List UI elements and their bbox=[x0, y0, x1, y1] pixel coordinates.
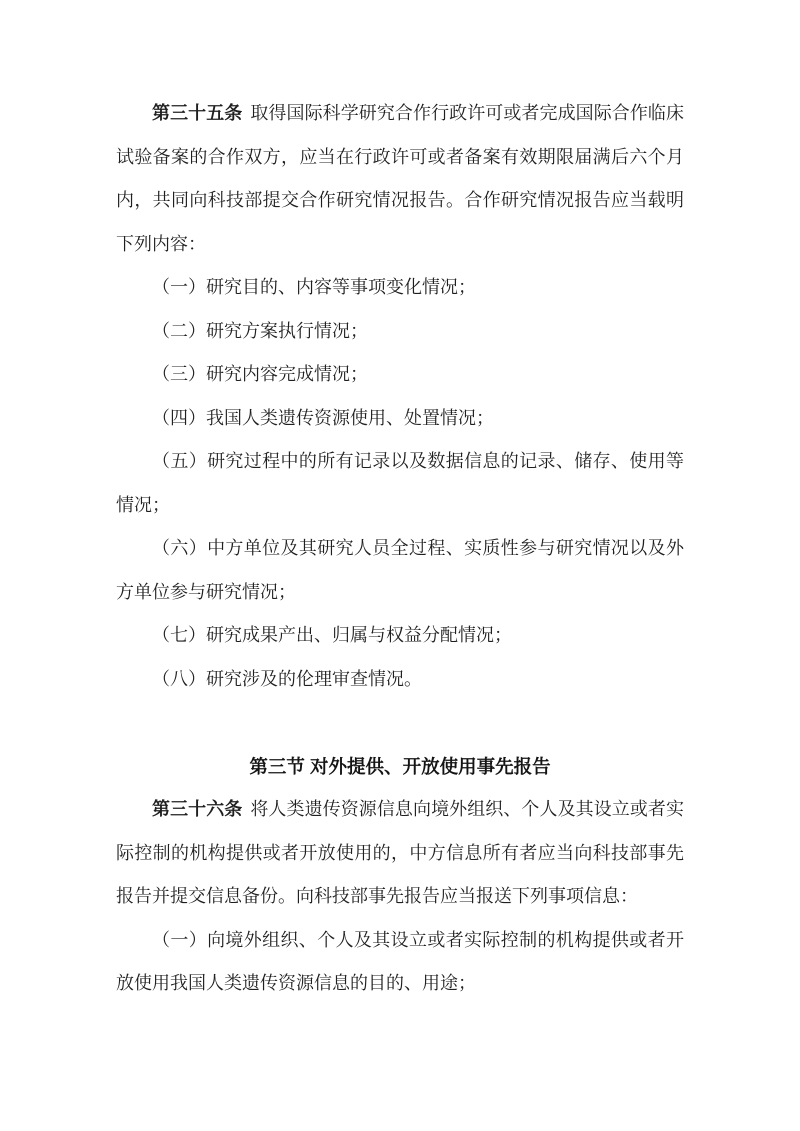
article-35-item-5: （五）研究过程中的所有记录以及数据信息的记录、储存、使用等情况； bbox=[116, 440, 684, 527]
section-3-heading: 第三节 对外提供、开放使用事先报告 bbox=[116, 745, 684, 789]
document-page: 第三十五条取得国际科学研究合作行政许可或者完成国际合作临床试验备案的合作双方，应… bbox=[0, 0, 800, 1131]
article-36-number: 第三十六条 bbox=[152, 799, 242, 819]
article-35-paragraph: 第三十五条取得国际科学研究合作行政许可或者完成国际合作临床试验备案的合作双方，应… bbox=[116, 92, 684, 266]
blank-line bbox=[116, 701, 684, 745]
article-35-item-4: （四）我国人类遗传资源使用、处置情况； bbox=[116, 397, 684, 441]
article-35-body: 取得国际科学研究合作行政许可或者完成国际合作临床试验备案的合作双方，应当在行政许… bbox=[116, 103, 684, 254]
article-35-item-7: （七）研究成果产出、归属与权益分配情况； bbox=[116, 614, 684, 658]
article-36-item-1: （一）向境外组织、个人及其设立或者实际控制的机构提供或者开放使用我国人类遗传资源… bbox=[116, 919, 684, 1006]
article-35-item-3: （三）研究内容完成情况； bbox=[116, 353, 684, 397]
article-36-paragraph: 第三十六条将人类遗传资源信息向境外组织、个人及其设立或者实际控制的机构提供或者开… bbox=[116, 788, 684, 919]
article-35-item-2: （二）研究方案执行情况； bbox=[116, 310, 684, 354]
article-35-number: 第三十五条 bbox=[152, 103, 242, 123]
article-35-item-1: （一）研究目的、内容等事项变化情况； bbox=[116, 266, 684, 310]
article-35-item-8: （八）研究涉及的伦理审查情况。 bbox=[116, 658, 684, 702]
article-35-item-6: （六）中方单位及其研究人员全过程、实质性参与研究情况以及外方单位参与研究情况； bbox=[116, 527, 684, 614]
